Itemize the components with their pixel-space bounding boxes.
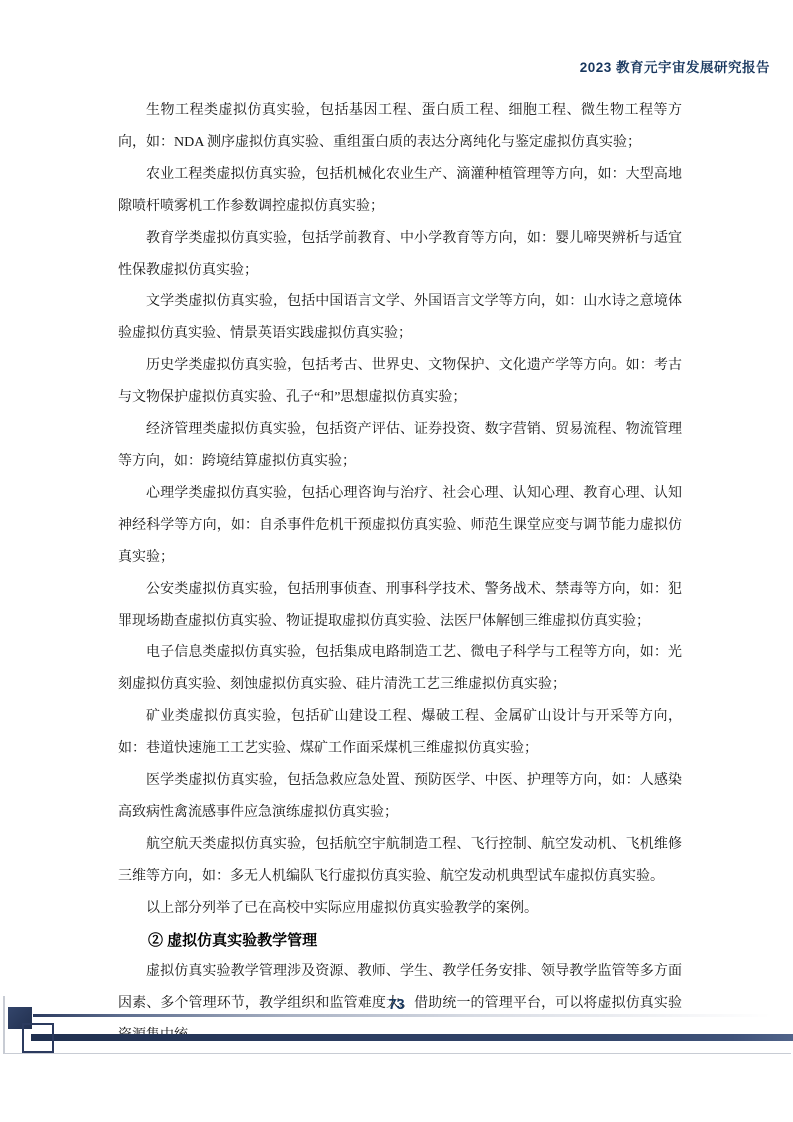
body-paragraph: 生物工程类虚拟仿真实验，包括基因工程、蛋白质工程、细胞工程、微生物工程等方向，如… — [118, 95, 682, 159]
body-paragraph: 文学类虚拟仿真实验，包括中国语言文学、外国语言文学等方向，如：山水诗之意境体验虚… — [118, 286, 682, 350]
footer-gradient-rule — [33, 1014, 771, 1017]
page-body-text: 生物工程类虚拟仿真实验，包括基因工程、蛋白质工程、细胞工程、微生物工程等方向，如… — [118, 95, 682, 1052]
body-paragraph: 医学类虚拟仿真实验，包括急救应急处置、预防医学、中医、护理等方向，如：人感染高致… — [118, 765, 682, 829]
document-page: 2023 教育元宇宙发展研究报告 生物工程类虚拟仿真实验，包括基因工程、蛋白质工… — [0, 0, 793, 1122]
body-paragraph: 航空航天类虚拟仿真实验，包括航空宇航制造工程、飞行控制、航空发动机、飞机维修三维… — [118, 829, 682, 893]
body-paragraph: 公安类虚拟仿真实验，包括刑事侦查、刑事科学技术、警务战术、禁毒等方向，如：犯罪现… — [118, 574, 682, 638]
body-paragraph: 矿业类虚拟仿真实验，包括矿山建设工程、爆破工程、金属矿山设计与开采等方向，如：巷… — [118, 701, 682, 765]
body-paragraph: 以上部分列举了已在高校中实际应用虚拟仿真实验教学的案例。 — [118, 893, 682, 925]
footer-accent-bar — [31, 1034, 793, 1042]
footer-frame-left-line — [3, 996, 5, 1054]
running-head-title: 2023 教育元宇宙发展研究报告 — [580, 56, 770, 76]
body-paragraph: 经济管理类虚拟仿真实验，包括资产评估、证券投资、数字营销、贸易流程、物流管理等方… — [118, 414, 682, 478]
body-paragraph: 教育学类虚拟仿真实验，包括学前教育、中小学教育等方向，如：婴儿啼哭辨析与适宜性保… — [118, 223, 682, 287]
body-paragraph: 心理学类虚拟仿真实验，包括心理咨询与治疗、社会心理、认知心理、教育心理、认知神经… — [118, 478, 682, 574]
section-heading: ② 虚拟仿真实验教学管理 — [118, 925, 682, 957]
page-number: 73 — [0, 997, 793, 1013]
body-paragraph: 电子信息类虚拟仿真实验，包括集成电路制造工艺、微电子科学与工程等方向，如：光刻虚… — [118, 637, 682, 701]
footer-outline-square-accent — [22, 1023, 54, 1053]
body-paragraph: 农业工程类虚拟仿真实验，包括机械化农业生产、滴灌种植管理等方向，如：大型高地隙喷… — [118, 159, 682, 223]
footer-frame-bottom-line — [3, 1053, 791, 1055]
body-paragraph: 历史学类虚拟仿真实验，包括考古、世界史、文物保护、文化遗产学等方向。如：考古与文… — [118, 350, 682, 414]
